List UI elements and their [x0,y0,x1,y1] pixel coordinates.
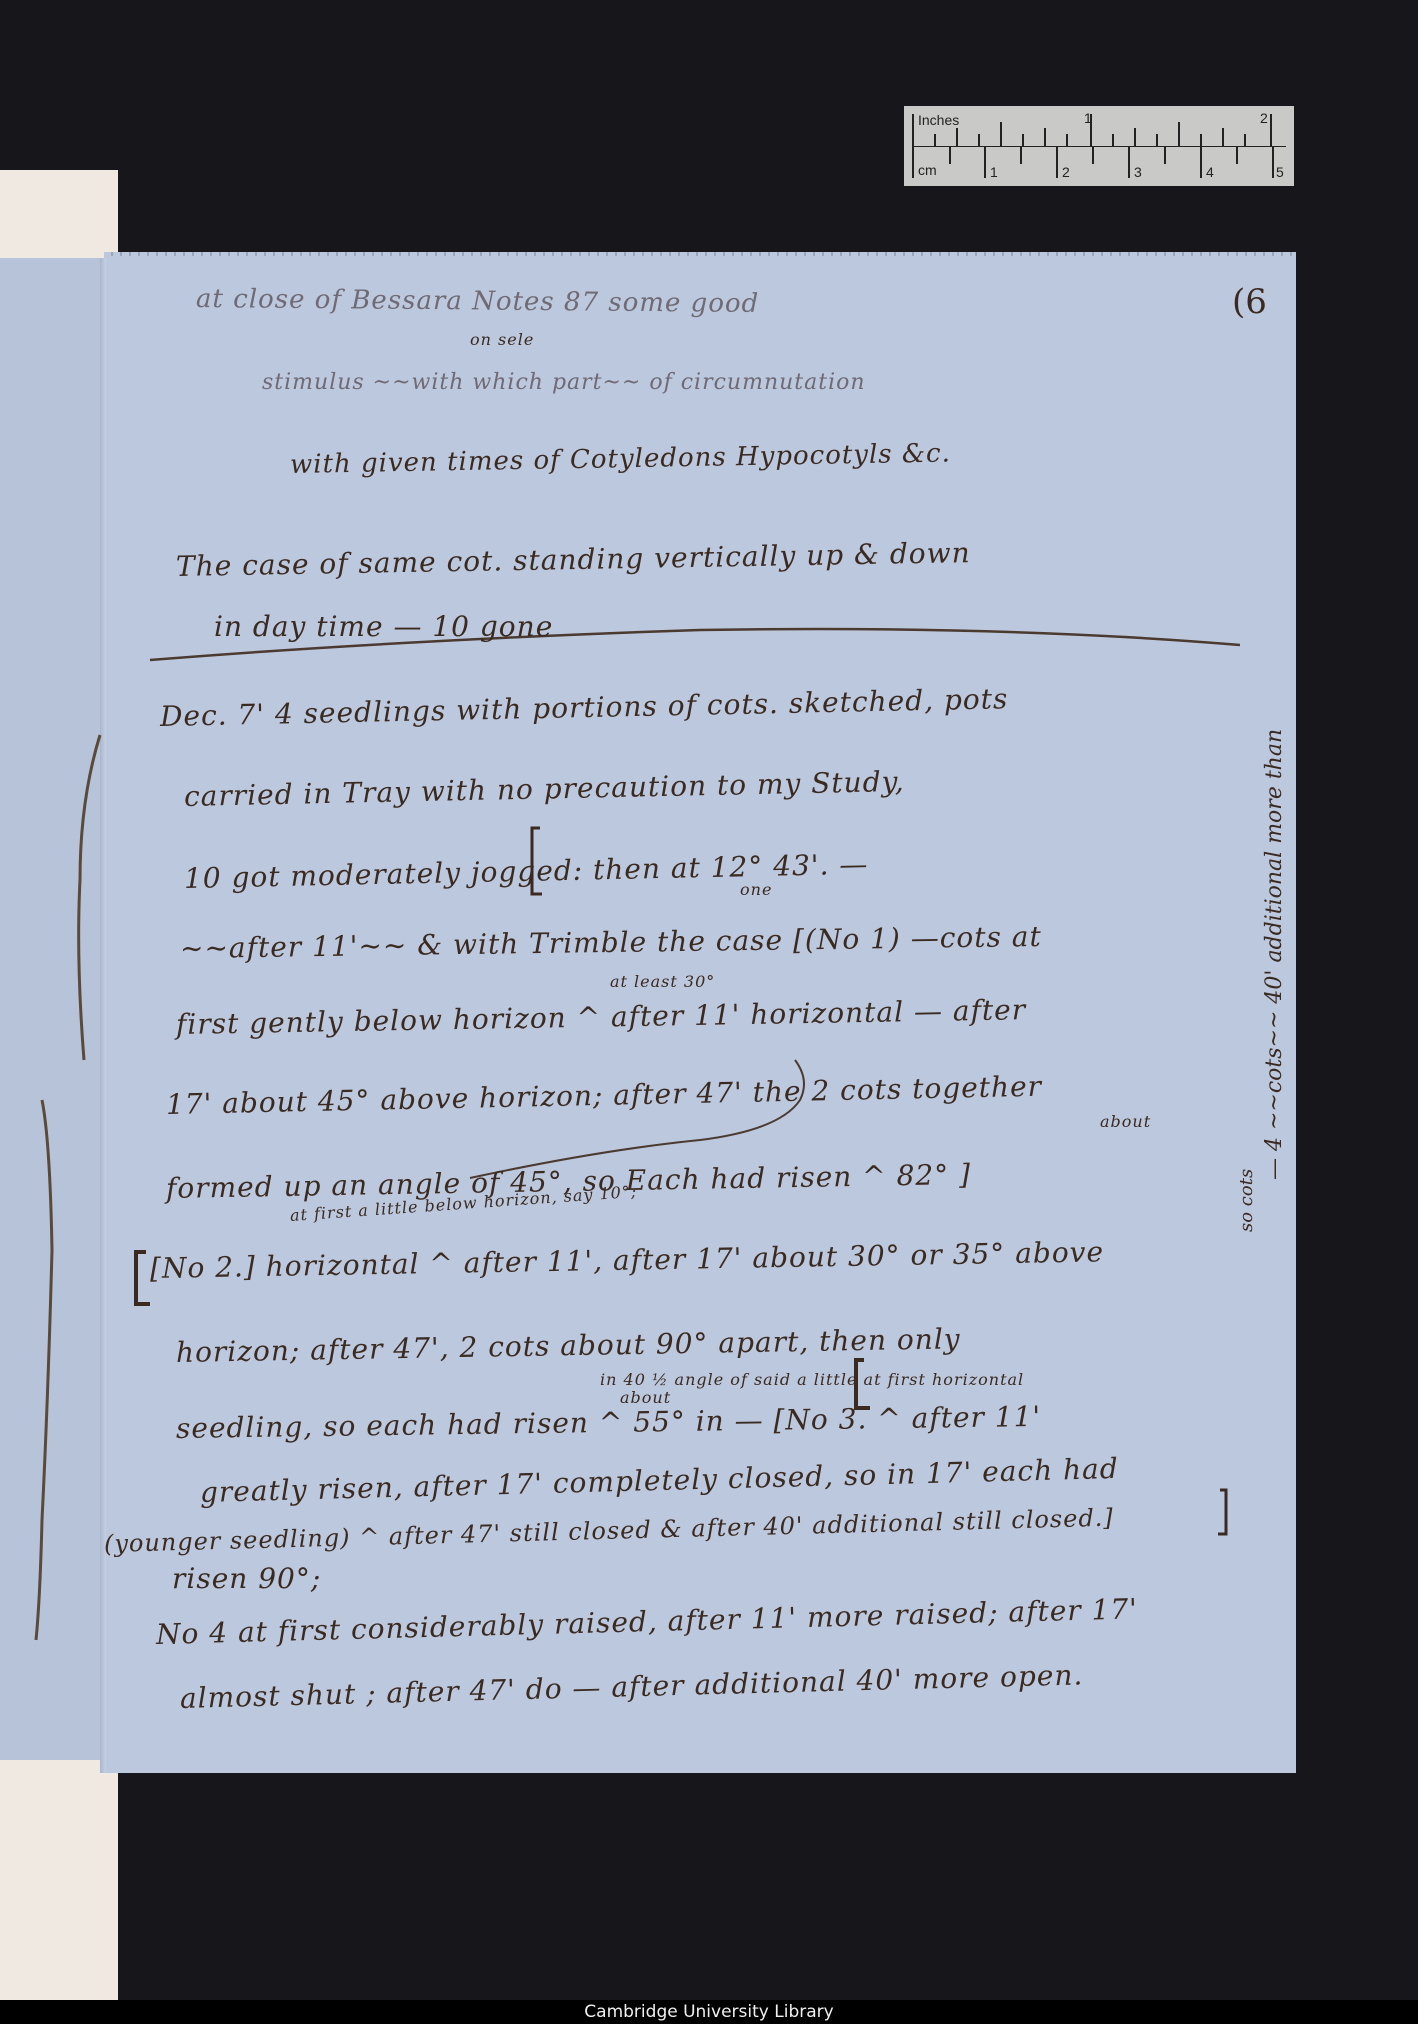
line-18: risen 90°; [172,1562,321,1595]
library-credit: Cambridge University Library [584,2002,833,2022]
insert-6: in 40 ½ angle of said a little at first … [600,1370,1024,1389]
insert-3: at least 30° [610,972,715,991]
right-margin-note-lower: so cots [1236,1169,1257,1232]
left-margin-brace-lower [36,1100,52,1640]
bracket-close [1218,1490,1226,1534]
insert-2: one [740,880,772,899]
insert-4: about [1100,1112,1151,1131]
bracket-no2 [136,1252,150,1304]
insert-7: about [620,1388,671,1407]
insert-1: on sele [470,330,534,349]
line-2: stimulus ~~with which part~~ of circumnu… [262,370,866,395]
page-number: (6 [1232,282,1267,322]
line-1: at close of Bessara Notes 87 some good [196,284,759,319]
right-margin-note: — 4 ~~cots~~ 40' additional more than [1262,729,1287,1180]
left-margin-brace-upper [79,735,100,1060]
line-5: in day time — 10 gone [214,610,553,643]
footer-bar: Cambridge University Library [0,2000,1418,2024]
